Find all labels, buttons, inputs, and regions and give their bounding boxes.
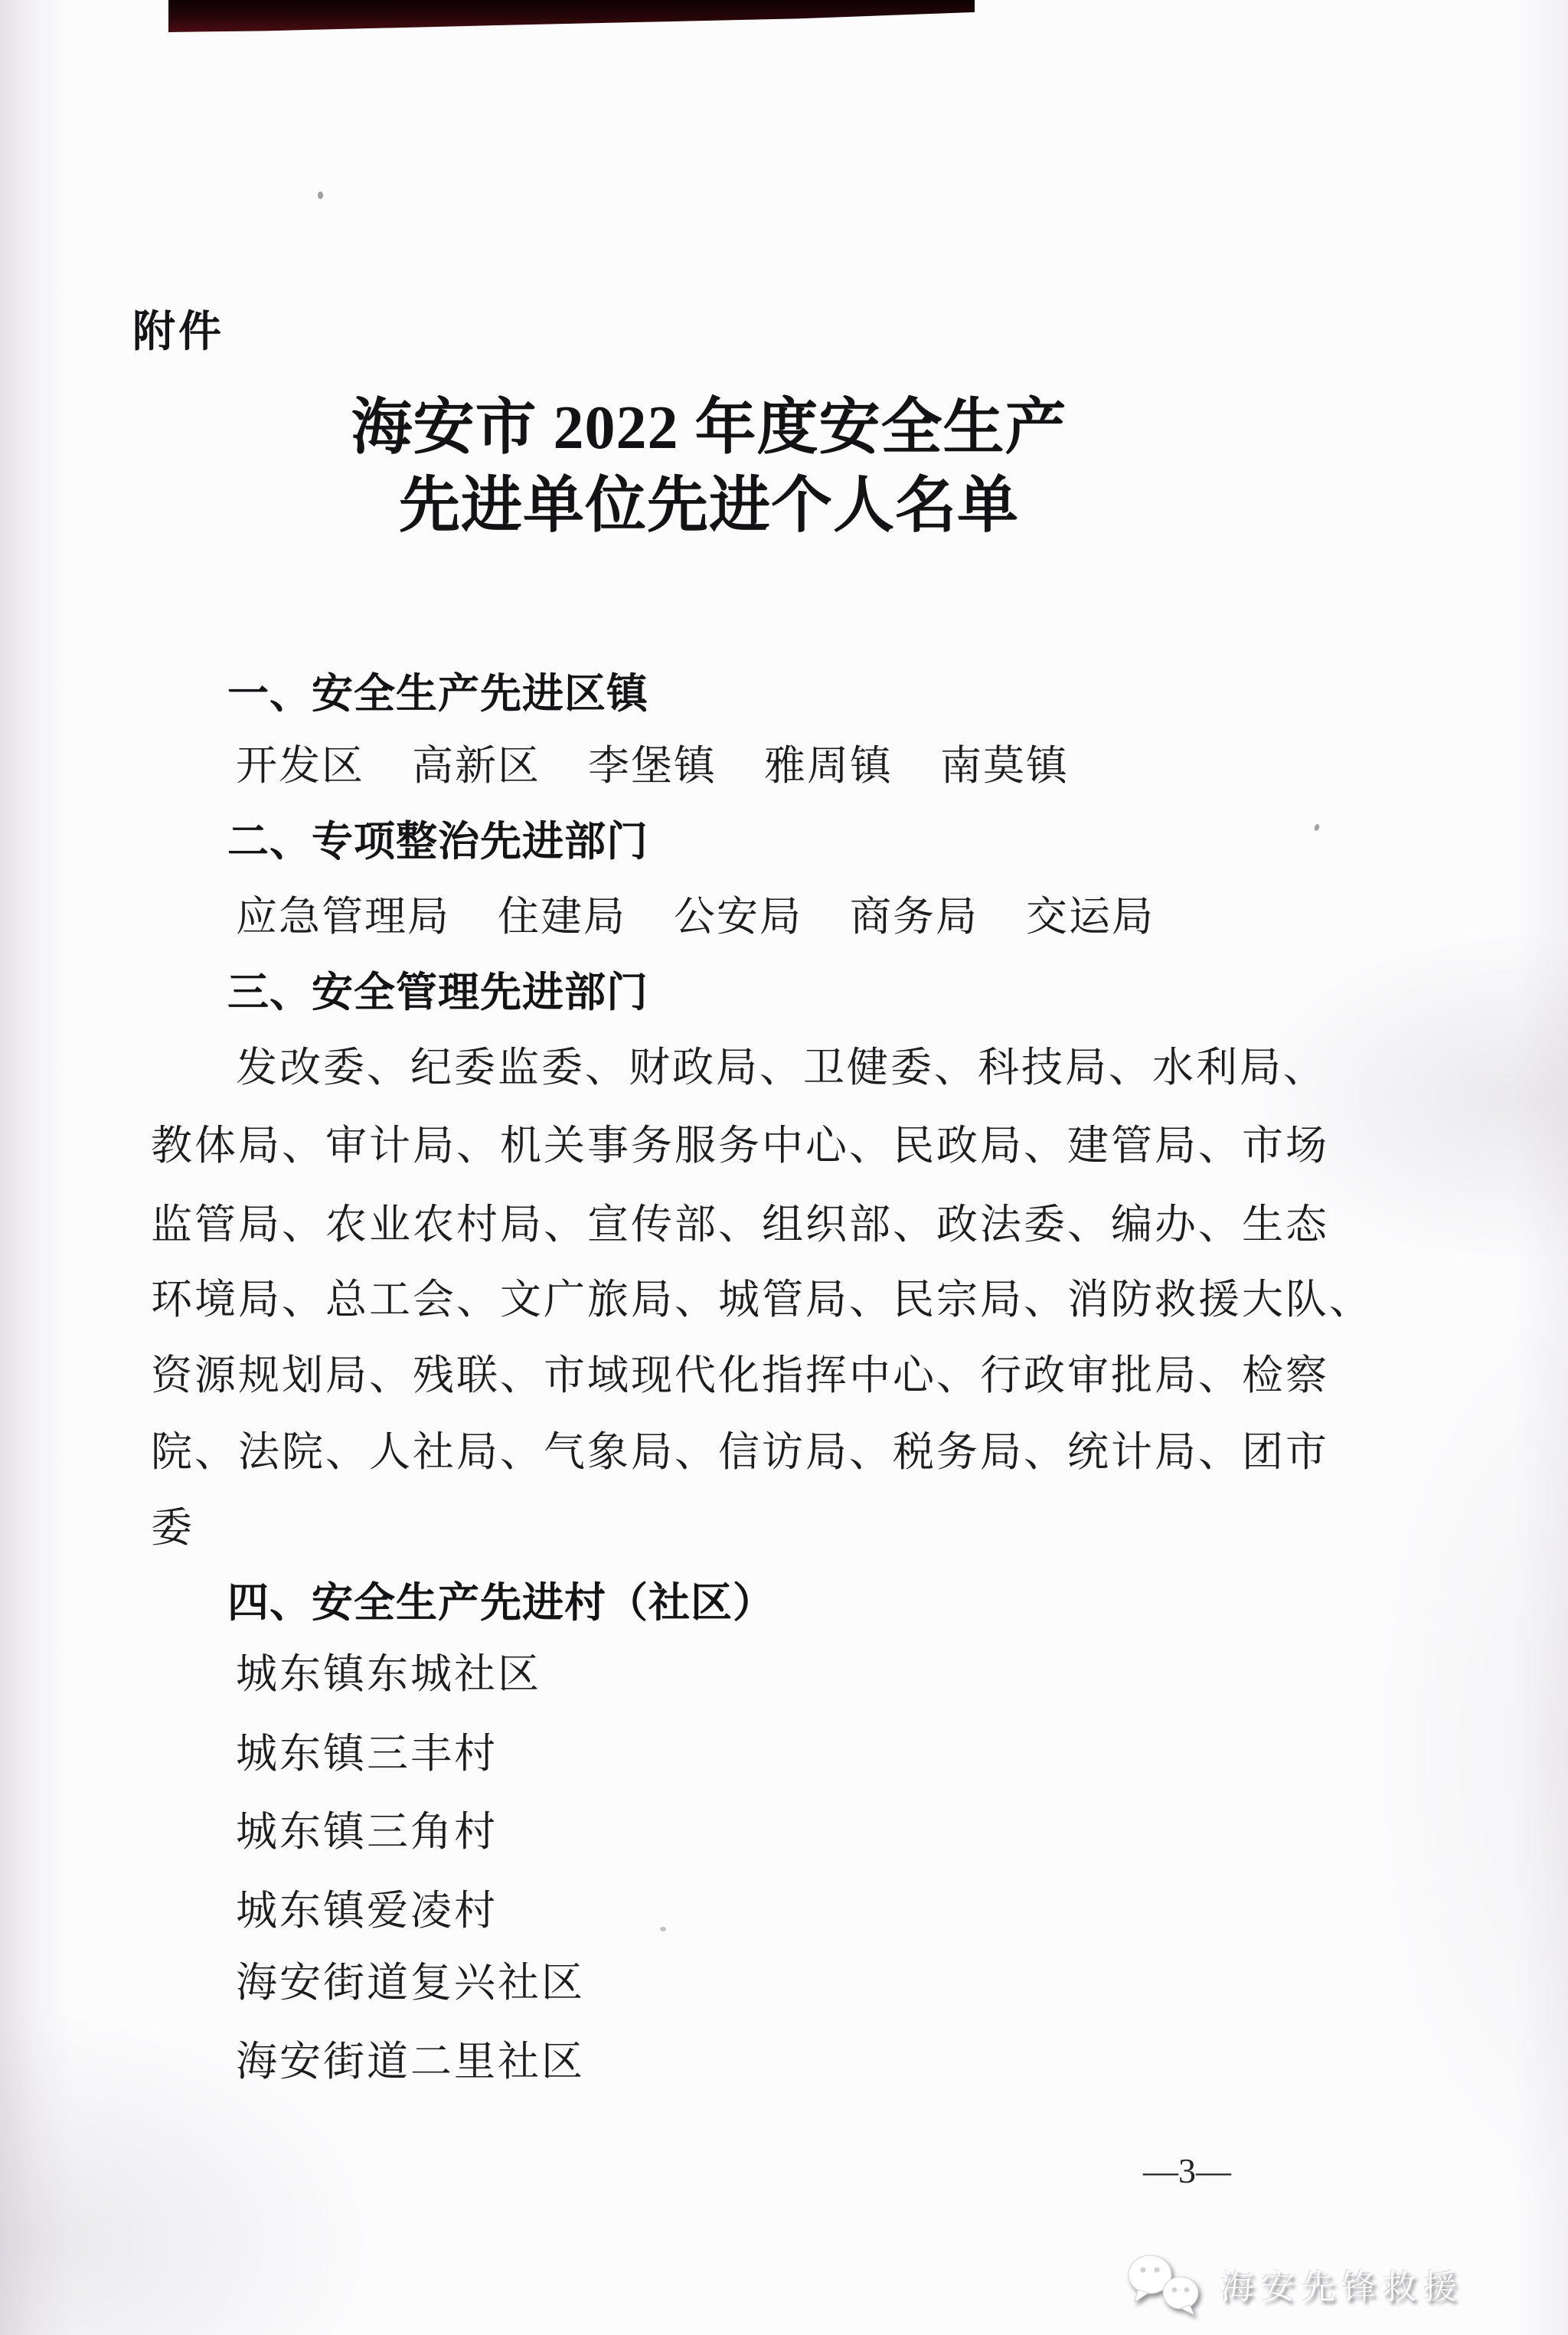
watermark-label: 海安先锋救援	[1220, 2271, 1464, 2304]
paragraph-line: 资源规划局、残联、市域现代化指挥中心、行政审批局、检察	[151, 1355, 1329, 1396]
list-item: 公安局	[674, 896, 802, 937]
list-item: 南莫镇	[940, 745, 1069, 787]
list-item: 交运局	[1026, 896, 1155, 937]
paragraph-line: 发改委、纪委监委、财政局、卫健委、科技局、水利局、	[236, 1047, 1327, 1088]
list-item: 李堡镇	[588, 745, 717, 787]
paragraph-line: 委	[151, 1507, 194, 1548]
list-item: 商务局	[850, 896, 978, 937]
list-item: 应急管理局	[236, 896, 450, 937]
scan-speck	[1314, 823, 1321, 832]
list-item: 高新区	[412, 745, 541, 787]
document-title-line-1: 海安市 2022 年度安全生产	[0, 397, 1418, 459]
page-number: —3—	[1143, 2153, 1231, 2189]
wechat-watermark: 海安先锋救援	[1124, 2250, 1464, 2324]
village-list-item: 城东镇爱凌村	[236, 1890, 498, 1931]
attachment-label: 附件	[132, 310, 224, 353]
scan-speck	[318, 191, 323, 199]
document-title-line-2: 先进单位先进个人名单	[0, 476, 1418, 537]
list-item: 雅周镇	[764, 745, 893, 787]
paragraph-line: 院、法院、人社局、气象局、信访局、税务局、统计局、团市	[151, 1431, 1329, 1473]
section-4-heading: 四、安全生产先进村（社区）	[227, 1582, 775, 1624]
list-item: 住建局	[498, 896, 626, 937]
list-item: 开发区	[236, 745, 364, 787]
paragraph-line: 环境局、总工会、文广旅局、城管局、民宗局、消防救援大队、	[151, 1279, 1373, 1320]
village-list-item: 海安街道二里社区	[236, 2041, 585, 2082]
paragraph-line: 教体局、审计局、机关事务服务中心、民政局、建管局、市场	[151, 1125, 1329, 1166]
village-list-item: 城东镇三角村	[236, 1811, 498, 1853]
village-list-item: 城东镇三丰村	[236, 1733, 498, 1774]
section-1-heading: 一、安全生产先进区镇	[227, 673, 648, 715]
scanned-document-page: 附件 海安市 2022 年度安全生产 先进单位先进个人名单 一、安全生产先进区镇…	[0, 0, 1568, 2335]
village-list-item: 海安街道复兴社区	[236, 1962, 585, 2003]
section-3-heading: 三、安全管理先进部门	[227, 972, 648, 1013]
section-2-heading: 二、专项整治先进部门	[227, 821, 648, 862]
section-2-item-list: 应急管理局 住建局 公安局 商务局 交运局	[236, 896, 1155, 937]
scan-artifact-top-bar	[168, 0, 975, 32]
section-1-item-list: 开发区 高新区 李堡镇 雅周镇 南莫镇	[236, 745, 1069, 787]
village-list-item: 城东镇东城社区	[236, 1653, 541, 1695]
scan-speck	[660, 1927, 666, 1931]
paragraph-line: 监管局、农业农村局、宣传部、组织部、政法委、编办、生态	[151, 1204, 1329, 1245]
wechat-icon	[1124, 2250, 1210, 2324]
